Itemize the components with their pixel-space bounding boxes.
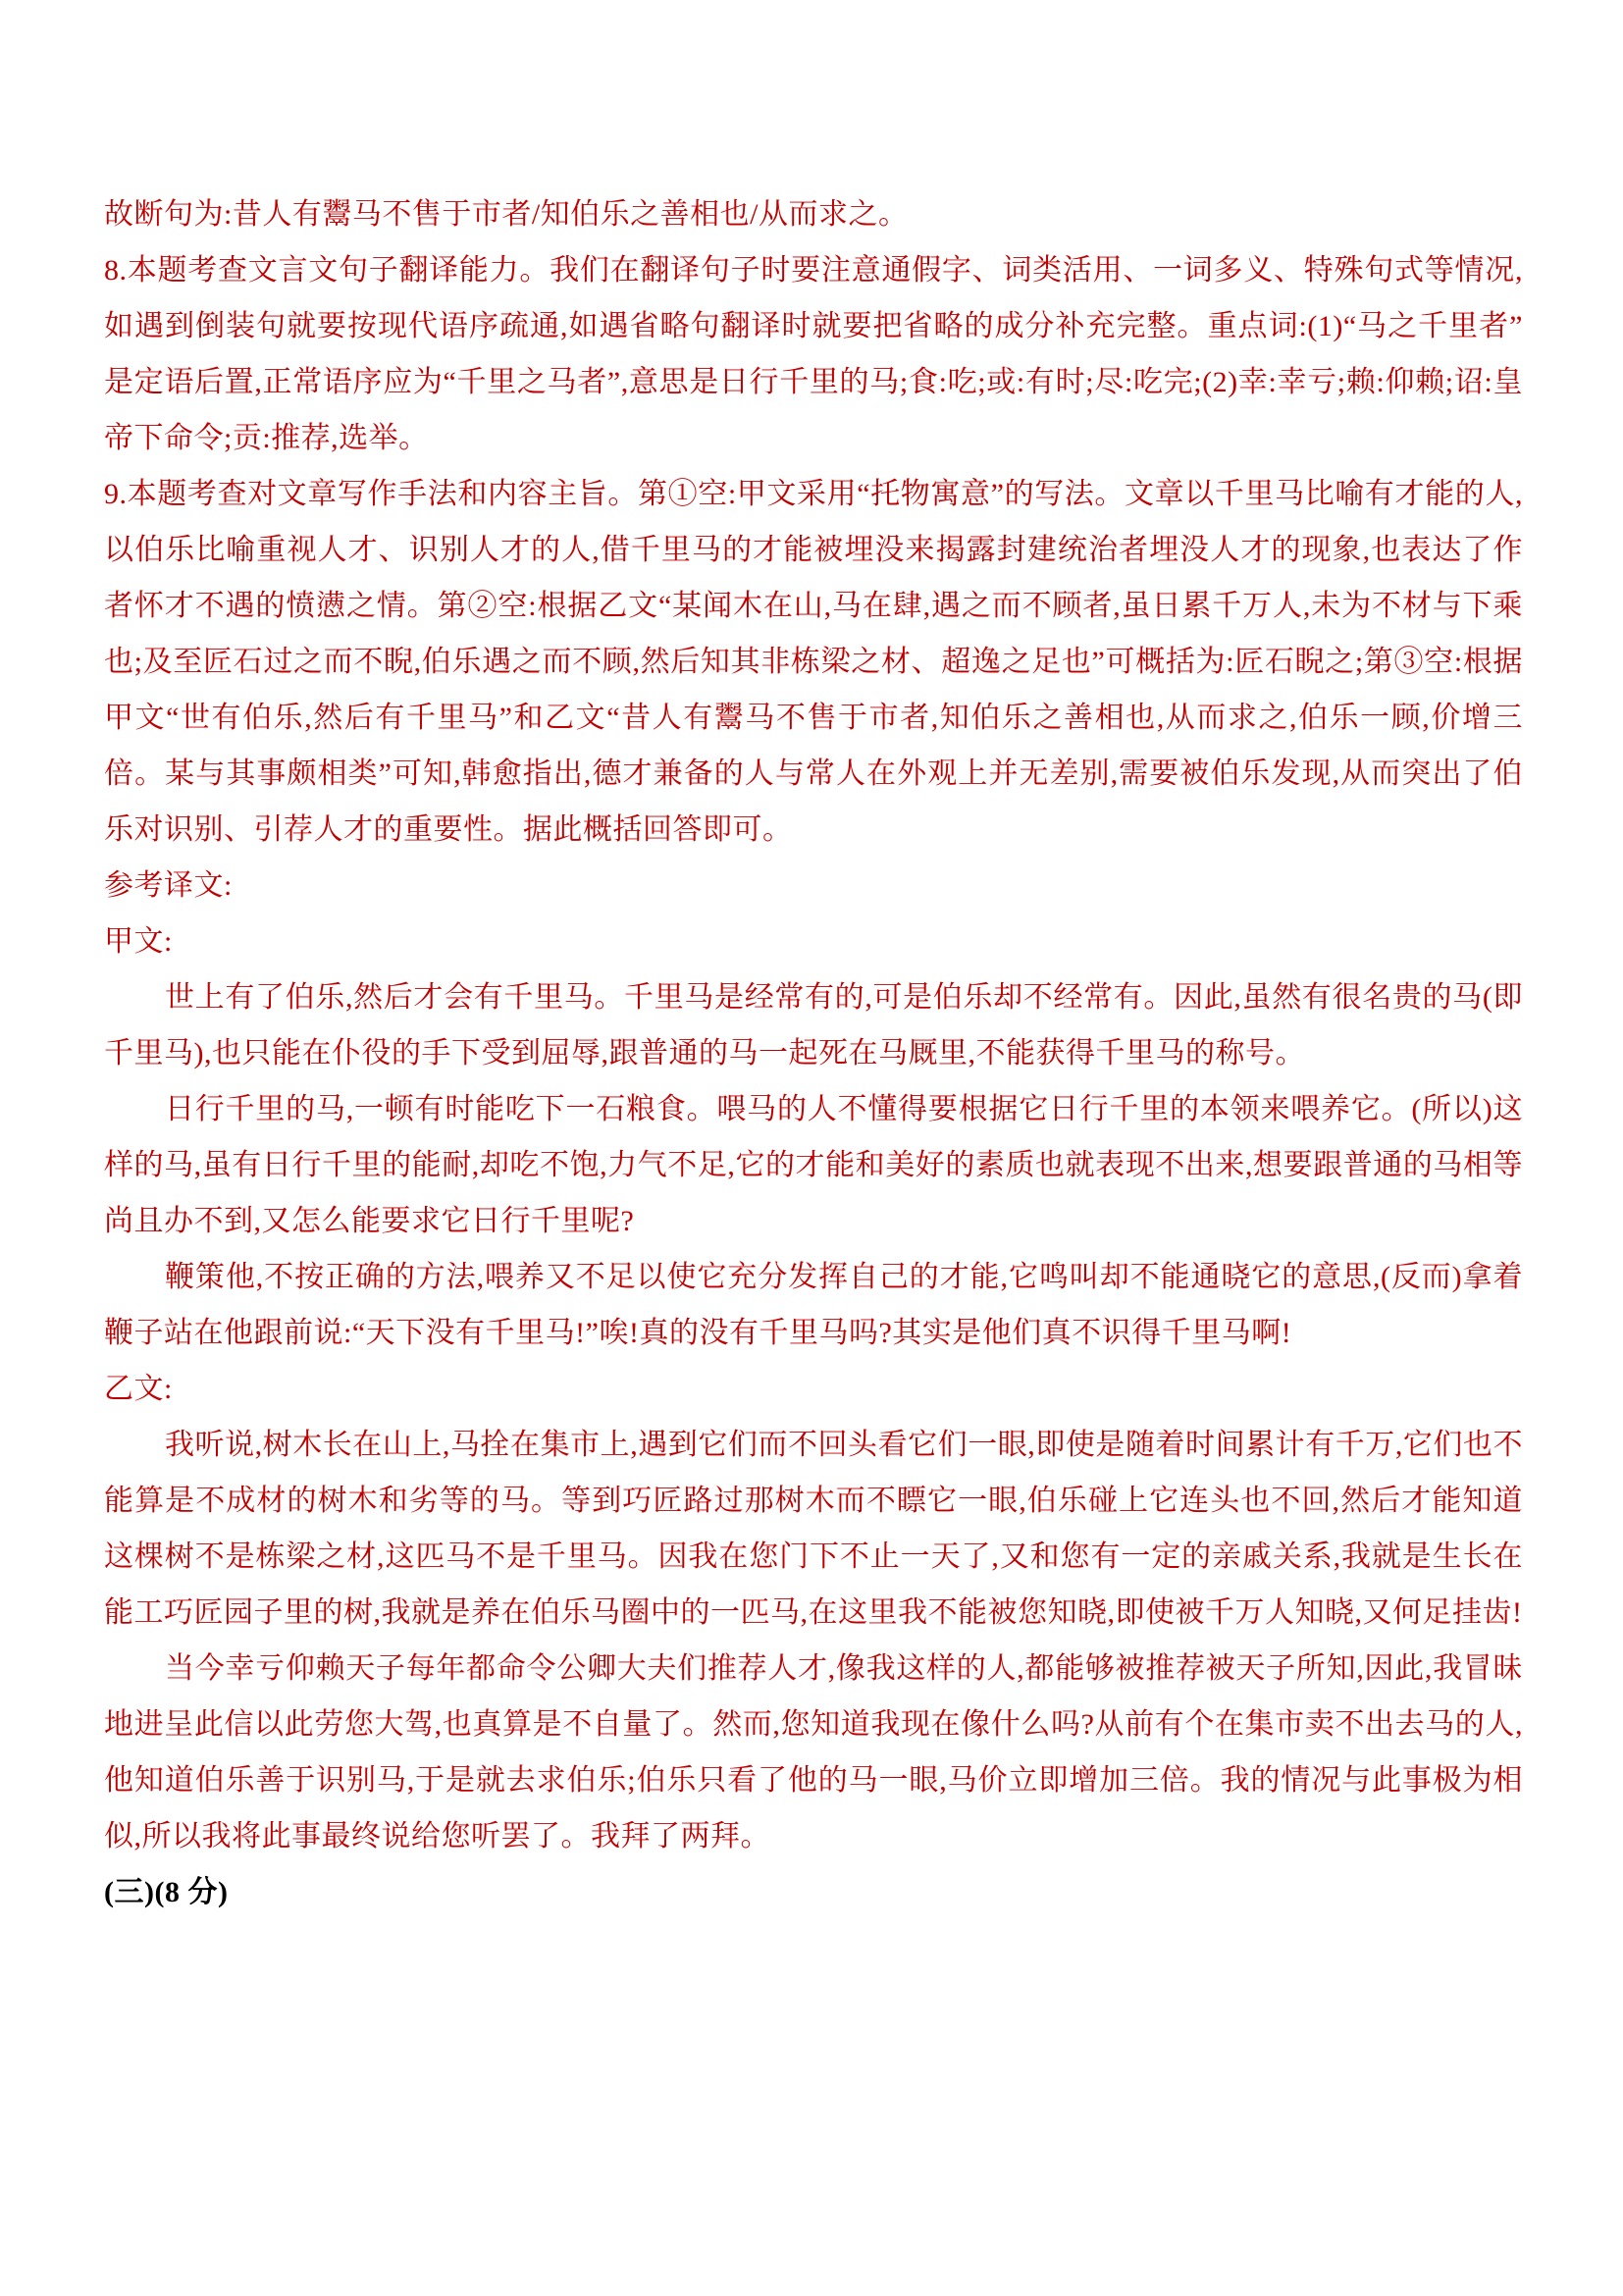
text-a-paragraph: 世上有了伯乐,然后才会有千里马。千里马是经常有的,可是伯乐却不经常有。因此,虽然…	[104, 969, 1523, 1081]
question-9-explanation: 9.本题考查对文章写作手法和内容主旨。第①空:甲文采用“托物寓意”的写法。文章以…	[104, 466, 1523, 858]
text-a-paragraph: 鞭策他,不按正确的方法,喂养又不足以使它充分发挥自己的才能,它鸣叫却不能通晓它的…	[104, 1249, 1523, 1361]
reference-translation-label: 参考译文:	[104, 858, 1523, 913]
text-b-paragraph: 我听说,树木长在山上,马拴在集市上,遇到它们而不回头看它们一眼,即使是随着时间累…	[104, 1417, 1523, 1641]
text-b-label: 乙文:	[104, 1361, 1523, 1417]
sentence-segmentation-answer: 故断句为:昔人有鬻马不售于市者/知伯乐之善相也/从而求之。	[104, 186, 1523, 242]
section-three-heading: (三)(8 分)	[104, 1864, 1523, 1920]
text-a-paragraph: 日行千里的马,一顿有时能吃下一石粮食。喂马的人不懂得要根据它日行千里的本领来喂养…	[104, 1081, 1523, 1249]
text-a-label: 甲文:	[104, 913, 1523, 969]
text-b-paragraph: 当今幸亏仰赖天子每年都命令公卿大夫们推荐人才,像我这样的人,都能够被推荐被天子所…	[104, 1641, 1523, 1864]
question-8-explanation: 8.本题考查文言文句子翻译能力。我们在翻译句子时要注意通假字、词类活用、一词多义…	[104, 242, 1523, 466]
document-page: 故断句为:昔人有鬻马不售于市者/知伯乐之善相也/从而求之。 8.本题考查文言文句…	[0, 0, 1623, 2296]
